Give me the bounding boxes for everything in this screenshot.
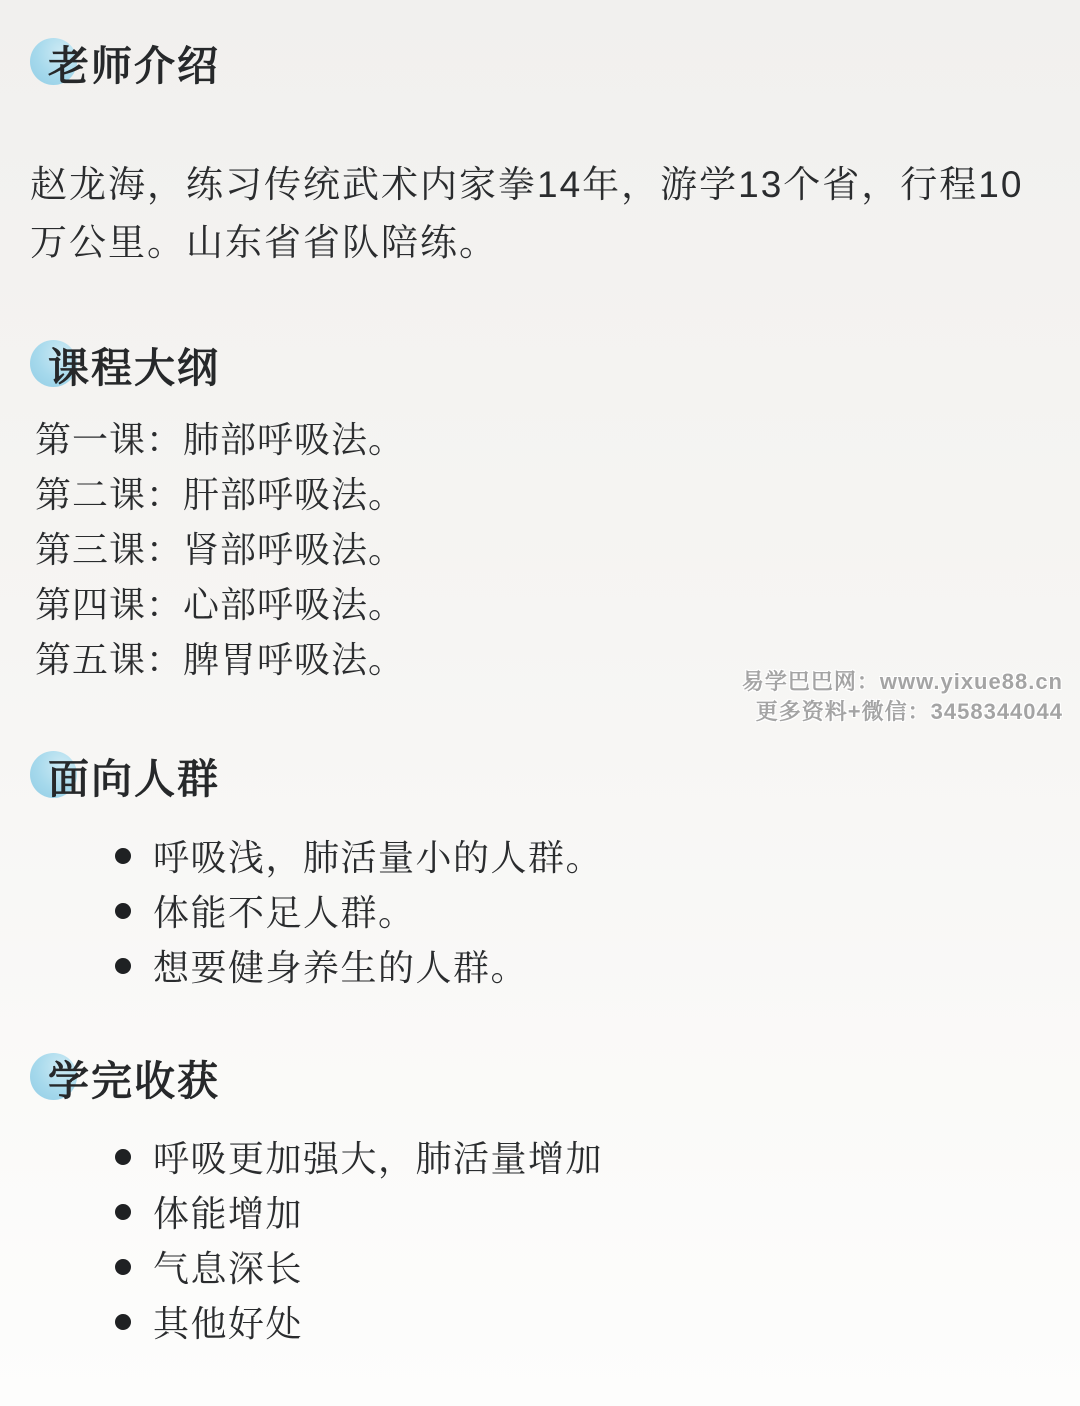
list-item: 想要健身养生的人群。 [115, 938, 603, 993]
watermark-site-line: 易学巴巴网：www.yixue88.cn [742, 667, 1063, 697]
bullet-icon [115, 958, 131, 974]
gains-list: 呼吸更加强大，肺活量增加 体能增加 气息深长 其他好处 [115, 1129, 603, 1349]
list-item-text: 体能不足人群。 [153, 885, 416, 936]
list-item-text: 呼吸浅，肺活量小的人群。 [153, 830, 603, 881]
lesson-item: 第五课：脾胃呼吸法。 [35, 632, 405, 687]
bullet-icon [115, 848, 131, 864]
course-outline-list: 第一课：肺部呼吸法。 第二课：肝部呼吸法。 第三课：肾部呼吸法。 第四课：心部呼… [35, 412, 405, 687]
lesson-item: 第四课：心部呼吸法。 [35, 577, 405, 632]
section-title: 学完收获 [48, 1058, 220, 1104]
bullet-icon [115, 1149, 131, 1165]
list-item: 体能不足人群。 [115, 883, 603, 938]
teacher-intro-paragraph: 赵龙海，练习传统武术内家拳14年，游学13个省，行程10 万公里。山东省省队陪练… [30, 156, 1050, 272]
lesson-item: 第二课：肝部呼吸法。 [35, 467, 405, 522]
section-heading-course-outline: 课程大纲 [30, 335, 220, 387]
list-item-text: 体能增加 [153, 1186, 303, 1237]
list-item: 气息深长 [115, 1239, 603, 1294]
section-heading-teacher-intro: 老师介绍 [30, 33, 220, 85]
lesson-item: 第三课：肾部呼吸法。 [35, 522, 405, 577]
teacher-intro-line: 万公里。山东省省队陪练。 [30, 214, 1050, 272]
bullet-icon [115, 1314, 131, 1330]
list-item: 呼吸浅，肺活量小的人群。 [115, 828, 603, 883]
section-heading-gains: 学完收获 [30, 1048, 220, 1100]
list-item-text: 其他好处 [153, 1296, 303, 1347]
target-audience-list: 呼吸浅，肺活量小的人群。 体能不足人群。 想要健身养生的人群。 [115, 828, 603, 993]
list-item-text: 想要健身养生的人群。 [153, 940, 528, 991]
list-item-text: 气息深长 [153, 1241, 303, 1292]
list-item: 呼吸更加强大，肺活量增加 [115, 1129, 603, 1184]
watermark: 易学巴巴网：www.yixue88.cn 更多资料+微信：3458344044 [742, 667, 1063, 727]
list-item: 体能增加 [115, 1184, 603, 1239]
section-title: 课程大纲 [48, 345, 220, 391]
section-heading-target-audience: 面向人群 [30, 746, 220, 798]
list-item: 其他好处 [115, 1294, 603, 1349]
teacher-intro-line: 赵龙海，练习传统武术内家拳14年，游学13个省，行程10 [30, 156, 1050, 214]
bullet-icon [115, 1204, 131, 1220]
section-title: 老师介绍 [48, 43, 220, 89]
bullet-icon [115, 903, 131, 919]
watermark-wechat-line: 更多资料+微信：3458344044 [742, 697, 1063, 727]
lesson-item: 第一课：肺部呼吸法。 [35, 412, 405, 467]
section-title: 面向人群 [48, 756, 220, 802]
bullet-icon [115, 1259, 131, 1275]
list-item-text: 呼吸更加强大，肺活量增加 [153, 1131, 603, 1182]
